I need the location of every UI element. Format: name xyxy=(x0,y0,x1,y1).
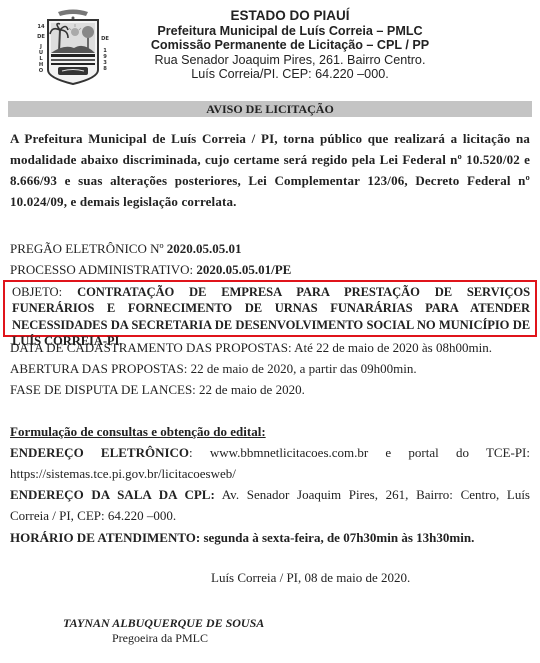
endereco-sala: ENDEREÇO DA SALA DA CPL: Av. Senador Joa… xyxy=(10,484,530,526)
svg-text:O: O xyxy=(39,68,44,74)
processo-label: PROCESSO ADMINISTRATIVO: xyxy=(10,262,196,277)
processo-number: 2020.05.05.01/PE xyxy=(196,262,291,277)
horario-line: HORÁRIO DE ATENDIMENTO: segunda à sexta-… xyxy=(10,530,532,546)
date-bidding-label: FASE DE DISPUTA DE LANCES: xyxy=(10,382,199,397)
consultas-heading: Formulação de consultas e obtenção do ed… xyxy=(10,424,266,440)
objeto-highlight-box: OBJETO: CONTRATAÇÃO DE EMPRESA PARA PRES… xyxy=(3,280,537,337)
date-registration-value: Até 22 de maio de 2020 às 08h00min. xyxy=(294,340,492,355)
processo-line: PROCESSO ADMINISTRATIVO: 2020.05.05.01/P… xyxy=(10,262,532,278)
endereco-eletronico-website[interactable]: : www.bbmnetlicitacoes.com.br e portal d… xyxy=(189,445,530,460)
endereco-eletronico-line1: ENDEREÇO ELETRÔNICO: www.bbmnetlicitacoe… xyxy=(10,442,530,463)
endereco-sala-label: ENDEREÇO DA SALA DA CPL: xyxy=(10,487,215,502)
header-state: ESTADO DO PIAUÍ xyxy=(130,9,450,24)
endereco-eletronico: ENDEREÇO ELETRÔNICO: www.bbmnetlicitacoe… xyxy=(10,442,530,484)
notice-title: AVISO DE LICITAÇÃO xyxy=(8,101,532,117)
svg-text:DE: DE xyxy=(37,34,45,40)
intro-paragraph: A Prefeitura Municipal de Luís Correia /… xyxy=(10,128,530,212)
svg-text:DE: DE xyxy=(101,36,109,42)
header-city-cep: Luís Correia/PI. CEP: 64.220 –000. xyxy=(130,67,450,82)
date-opening-value: 22 de maio de 2020, a partir das 09h00mi… xyxy=(191,361,417,376)
tce-link[interactable]: https://sistemas.tce.pi.gov.br/licitacoe… xyxy=(10,466,236,481)
endereco-eletronico-label: ENDEREÇO ELETRÔNICO xyxy=(10,445,189,460)
header-commission: Comissão Permanente de Licitação – CPL /… xyxy=(130,38,450,53)
objeto-label: OBJETO: xyxy=(12,285,77,299)
header-prefeitura: Prefeitura Municipal de Luís Correia – P… xyxy=(130,24,450,39)
pregao-label: PREGÃO ELETRÔNICO Nº xyxy=(10,241,167,256)
endereco-sala-city: Correia / PI, CEP: 64.220 –000. xyxy=(10,508,176,523)
horario-value: segunda à sexta-feira, de 07h30min às 13… xyxy=(203,530,474,545)
endereco-sala-address: Av. Senador Joaquim Pires, 261, Bairro: … xyxy=(215,487,530,502)
endereco-sala-line1: ENDEREÇO DA SALA DA CPL: Av. Senador Joa… xyxy=(10,484,530,505)
signer-role: Pregoeira da PMLC xyxy=(112,631,208,646)
date-opening-label: ABERTURA DAS PROPOSTAS: xyxy=(10,361,191,376)
date-registration: DATA DE CADASTRAMENTO DAS PROPOSTAS: Até… xyxy=(10,340,532,356)
letterhead: ESTADO DO PIAUÍ Prefeitura Municipal de … xyxy=(130,9,450,82)
horario-label: HORÁRIO DE ATENDIMENTO: xyxy=(10,530,203,545)
objeto-value: CONTRATAÇÃO DE EMPRESA PARA PRESTAÇÃO DE… xyxy=(12,285,530,348)
pregao-line: PREGÃO ELETRÔNICO Nº 2020.05.05.01 xyxy=(10,241,532,257)
svg-text:8: 8 xyxy=(103,66,107,72)
svg-text:14: 14 xyxy=(37,24,45,30)
date-bidding: FASE DE DISPUTA DE LANCES: 22 de maio de… xyxy=(10,382,532,398)
coat-of-arms-icon: 14 DE JULHO DE 1938 xyxy=(34,8,112,88)
issue-date: Luís Correia / PI, 08 de maio de 2020. xyxy=(211,570,410,586)
header-address: Rua Senador Joaquim Pires, 261. Bairro C… xyxy=(130,53,450,68)
pregao-number: 2020.05.05.01 xyxy=(167,241,242,256)
date-opening: ABERTURA DAS PROPOSTAS: 22 de maio de 20… xyxy=(10,361,532,377)
date-bidding-value: 22 de maio de 2020. xyxy=(199,382,305,397)
signer-name: TAYNAN ALBUQUERQUE DE SOUSA xyxy=(63,616,264,631)
date-registration-label: DATA DE CADASTRAMENTO DAS PROPOSTAS: xyxy=(10,340,294,355)
